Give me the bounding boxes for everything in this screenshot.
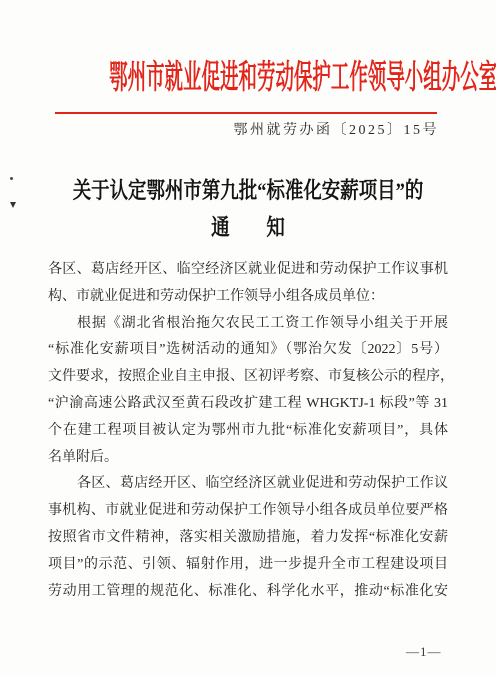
body-line: 各区、葛店经开区、临空经济区就业促进和劳动保护工作议 <box>48 471 448 498</box>
body-line: 构、市就业促进和劳动保护工作领导小组各成员单位： <box>48 284 448 311</box>
page-number: —1— <box>406 644 442 660</box>
red-divider-line <box>55 112 437 114</box>
scan-artifact-dot <box>10 177 13 180</box>
document-number: 鄂州就劳办函〔2025〕15号 <box>234 119 440 139</box>
body-line: 个在建工程项目被认定为鄂州市九批“标准化安薪项目”，具体 <box>48 418 448 445</box>
body-line: 根据《湖北省根治拖欠农民工工资工作领导小组关于开展 <box>48 311 448 338</box>
document-page: 鄂州市就业促进和劳动保护工作领导小组办公室 鄂州就劳办函〔2025〕15号 关于… <box>0 0 496 675</box>
body-line: 名单附后。 <box>48 445 448 472</box>
body-line: 文件要求，按照企业自主申报、区初评考察、市复核公示的程序， <box>48 364 448 391</box>
document-title: 关于认定鄂州市第九批“标准化安薪项目”的 通 知 <box>45 172 452 246</box>
body-line: 项目”的示范、引领、辐射作用，进一步提升全市工程建设项目 <box>48 552 448 579</box>
document-title-line1: 关于认定鄂州市第九批“标准化安薪项目”的 <box>45 172 452 209</box>
issuing-agency-letterhead: 鄂州市就业促进和劳动保护工作领导小组办公室 <box>109 62 387 95</box>
body-line: 事机构、市就业促进和劳动保护工作领导小组各成员单位要严格 <box>48 498 448 525</box>
body-line: “标准化安薪项目”选树活动的通知》（鄂治欠发〔2022〕5号） <box>48 337 448 364</box>
document-title-line2: 通 知 <box>45 209 452 246</box>
scan-artifact-mark <box>10 202 16 208</box>
document-body: 各区、葛店经开区、临空经济区就业促进和劳动保护工作议事机 构、市就业促进和劳动保… <box>48 257 448 605</box>
body-line: 各区、葛店经开区、临空经济区就业促进和劳动保护工作议事机 <box>48 257 448 284</box>
body-line: 按照省市文件精神，落实相关激励措施，着力发挥“标准化安薪 <box>48 525 448 552</box>
body-line: “沪渝高速公路武汉至黄石段改扩建工程 WHGKTJ-1 标段”等 31 <box>48 391 448 418</box>
body-line: 劳动用工管理的规范化、标准化、科学化水平，推动“标准化安 <box>48 579 448 606</box>
